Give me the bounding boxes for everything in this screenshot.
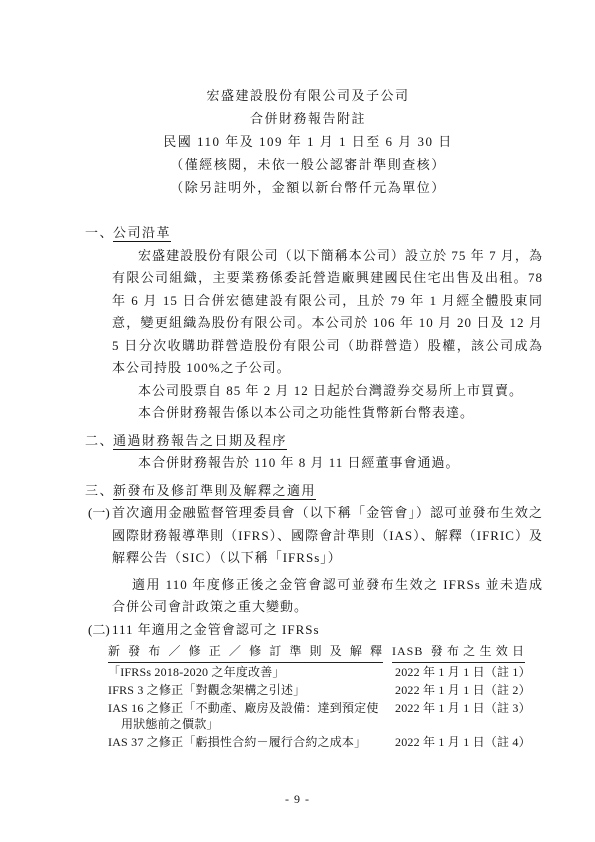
section-title: 新發布及修訂準則及解釋之適用 bbox=[113, 483, 316, 500]
company-name: 宏盛建設股份有限公司及子公司 bbox=[73, 84, 543, 107]
standard-name: IAS 37 之修正「虧損性合約－履行合約之成本」 bbox=[108, 732, 383, 750]
review-note: （僅經核閱，未依一般公認審計準則查核） bbox=[73, 153, 543, 176]
paragraph: 首次適用金融監督管理委員會（以下稱「金管會」）認可並發布生效之國際財務報導準則（… bbox=[112, 502, 543, 570]
section-new-standards: 三、 新發布及修訂準則及解釋之適用 (一) 首次適用金融監督管理委員會（以下稱「… bbox=[85, 480, 543, 751]
section-heading-3: 三、 新發布及修訂準則及解釋之適用 bbox=[85, 480, 543, 503]
table-row: IAS 37 之修正「虧損性合約－履行合約之成本」 2022 年 1 月 1 日… bbox=[108, 732, 525, 750]
table-row: IFRS 3 之修正「對觀念架構之引述」 2022 年 1 月 1 日（註 2） bbox=[108, 681, 525, 699]
section-marker: 一、 bbox=[85, 222, 114, 245]
paragraph: 本公司股票自 85 年 2 月 12 日起於台灣證券交易所上市買賣。 bbox=[112, 380, 543, 403]
subitem-marker: (一) bbox=[88, 502, 110, 525]
report-title: 合併財務報告附註 bbox=[73, 107, 543, 130]
section-heading-1: 一、 公司沿革 bbox=[85, 222, 543, 245]
section-title: 通過財務報告之日期及程序 bbox=[113, 433, 287, 450]
section-report-approval: 二、 通過財務報告之日期及程序 本合併財務報告於 110 年 8 月 11 日經… bbox=[85, 430, 543, 475]
section-marker: 三、 bbox=[85, 480, 114, 503]
ifrs-standards-table: 新發布／修正／修訂準則及解釋 IASB 發布之生效日 「IFRSs 2018-2… bbox=[108, 644, 525, 750]
page-number: - 9 - bbox=[0, 792, 595, 807]
table-row: IAS 16 之修正「不動產、廠房及設備：達到預定使用狀態前之價款」 2022 … bbox=[108, 699, 525, 733]
effective-date: 2022 年 1 月 1 日（註 1） bbox=[392, 662, 525, 681]
document-body: 一、 公司沿革 宏盛建設股份有限公司（以下簡稱本公司）設立於 75 年 7 月，… bbox=[85, 222, 543, 750]
paragraph: 111 年適用之金管會認可之 IFRSs bbox=[112, 619, 543, 642]
effective-date: 2022 年 1 月 1 日（註 3） bbox=[392, 699, 525, 733]
subitem-first-adoption: (一) 首次適用金融監督管理委員會（以下稱「金管會」）認可並發布生效之國際財務報… bbox=[85, 502, 543, 619]
standard-name: IFRS 3 之修正「對觀念架構之引述」 bbox=[108, 681, 383, 699]
subitem-ifrs-2022: (二) 111 年適用之金管會認可之 IFRSs bbox=[85, 619, 543, 642]
column-header-standards: 新發布／修正／修訂準則及解釋 bbox=[108, 644, 383, 662]
effective-date: 2022 年 1 月 1 日（註 4） bbox=[392, 732, 525, 750]
unit-note: （除另註明外，金額以新台幣仟元為單位） bbox=[73, 176, 543, 199]
paragraph: 適用 110 年度修正後之金管會認可並發布生效之 IFRSs 並未造成合併公司會… bbox=[112, 574, 543, 619]
section-title: 公司沿革 bbox=[113, 225, 171, 242]
section-company-history: 一、 公司沿革 宏盛建設股份有限公司（以下簡稱本公司）設立於 75 年 7 月，… bbox=[85, 222, 543, 425]
subitem-marker: (二) bbox=[88, 619, 110, 642]
document-header: 宏盛建設股份有限公司及子公司 合併財務報告附註 民國 110 年及 109 年 … bbox=[73, 84, 543, 199]
effective-date: 2022 年 1 月 1 日（註 2） bbox=[392, 681, 525, 699]
standard-name: 「IFRSs 2018-2020 之年度改善」 bbox=[108, 662, 383, 681]
section-heading-2: 二、 通過財務報告之日期及程序 bbox=[85, 430, 543, 453]
paragraph: 本合併財務報告於 110 年 8 月 11 日經董事會通過。 bbox=[112, 452, 543, 475]
table-header-row: 新發布／修正／修訂準則及解釋 IASB 發布之生效日 bbox=[108, 644, 525, 662]
document-page: 宏盛建設股份有限公司及子公司 合併財務報告附註 民國 110 年及 109 年 … bbox=[0, 0, 595, 842]
table-row: 「IFRSs 2018-2020 之年度改善」 2022 年 1 月 1 日（註… bbox=[108, 662, 525, 681]
column-header-effective-date: IASB 發布之生效日 bbox=[392, 644, 525, 662]
column-gap bbox=[383, 644, 392, 662]
report-period: 民國 110 年及 109 年 1 月 1 日至 6 月 30 日 bbox=[73, 130, 543, 153]
section-marker: 二、 bbox=[85, 430, 114, 453]
paragraph: 本合併財務報告係以本公司之功能性貨幣新台幣表達。 bbox=[112, 402, 543, 425]
standard-name: IAS 16 之修正「不動產、廠房及設備：達到預定使用狀態前之價款」 bbox=[108, 699, 383, 733]
paragraph: 宏盛建設股份有限公司（以下簡稱本公司）設立於 75 年 7 月，為有限公司組織，… bbox=[112, 245, 543, 380]
